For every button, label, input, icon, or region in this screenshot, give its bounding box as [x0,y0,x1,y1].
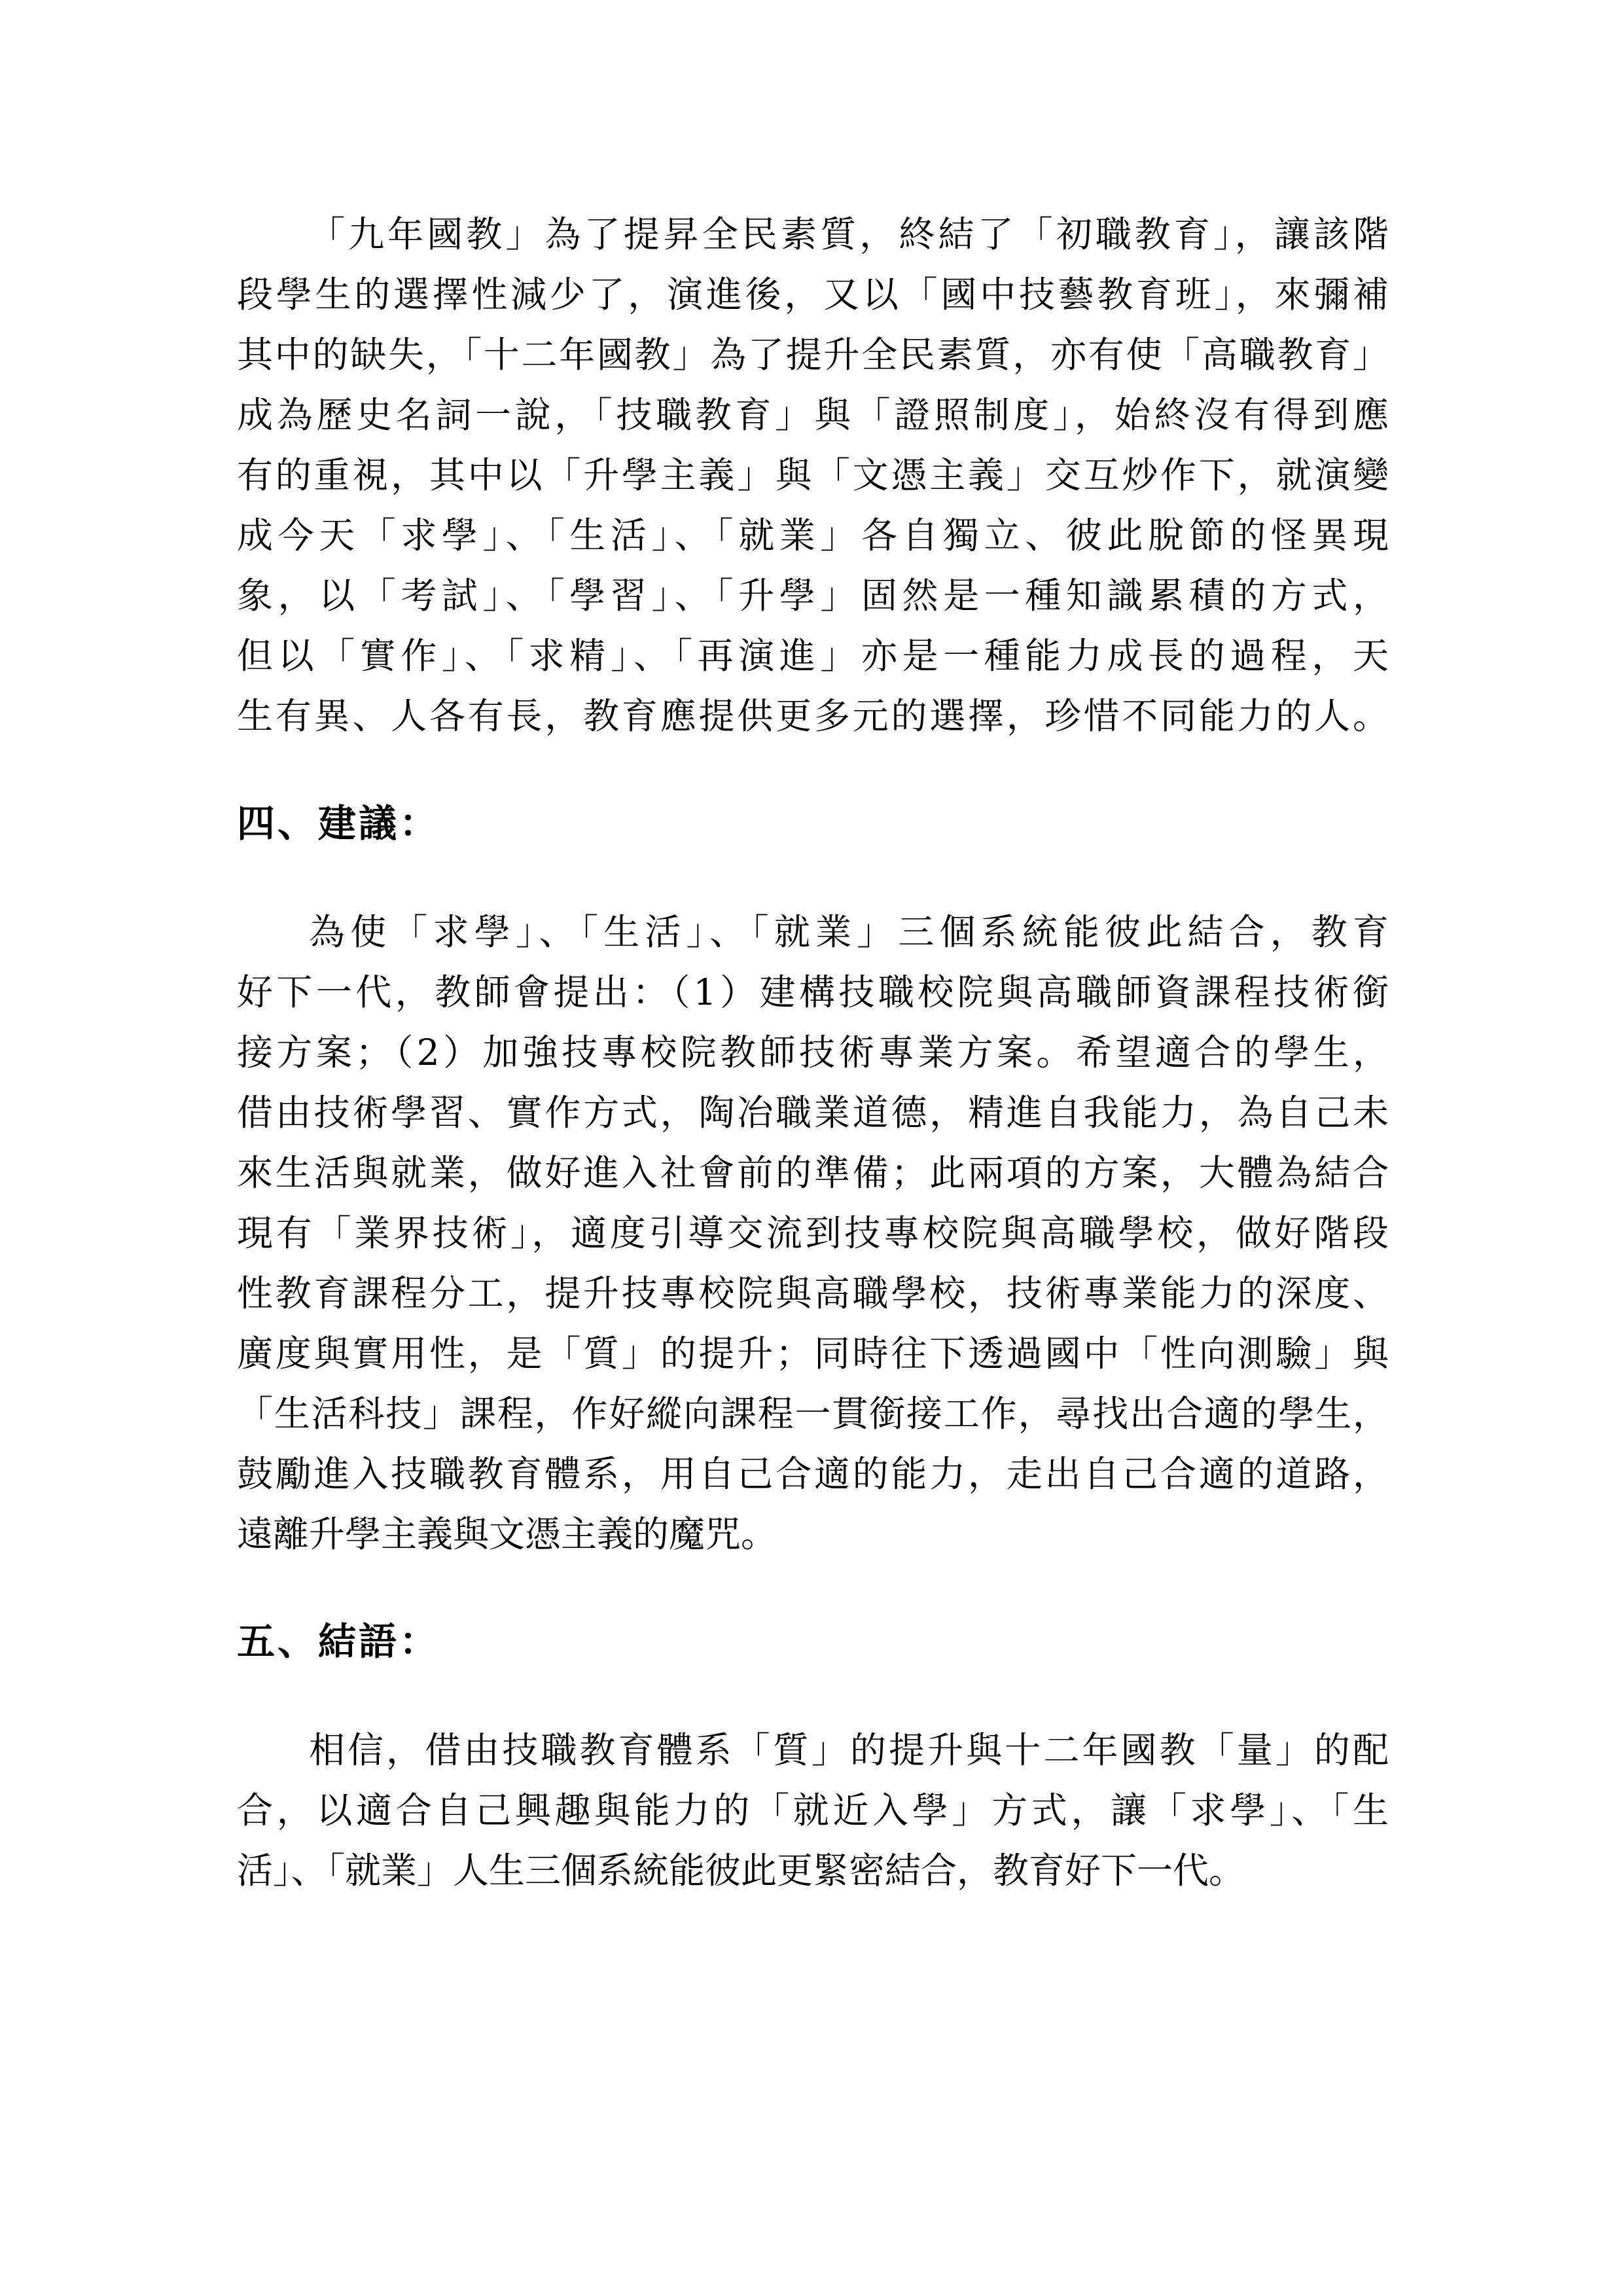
section-heading-conclusion: 五、結語： [237,1611,1389,1672]
document-body: 「九年國教」為了提昇全民素質，終結了「初職教育」，讓該階 段學生的選擇性減少了，… [237,0,1389,1901]
text-line: 廣度與實用性，是「質」的提升；同時往下透過國中「性向測驗」與 [237,1323,1389,1384]
text-line: 成為歷史名詞一說，「技職教育」與「證照制度」，始終沒有得到應 [237,385,1389,445]
text-line: 成今天「求學」、「生活」、「就業」各自獨立、彼此脫節的怪異現 [237,505,1389,565]
document-page: 「九年國教」為了提昇全民素質，終結了「初職教育」，讓該階 段學生的選擇性減少了，… [0,0,1623,2296]
text-line: 象，以「考試」、「學習」、「升學」固然是一種知識累積的方式， [237,565,1389,626]
paragraph-nine-year-education: 「九年國教」為了提昇全民素質，終結了「初職教育」，讓該階 段學生的選擇性減少了，… [237,204,1389,746]
text-line: 相信，借由技職教育體系「質」的提升與十二年國教「量」的配 [237,1720,1389,1780]
text-line: 活」、「就業」人生三個系統能彼此更緊密結合，教育好下一代。 [237,1840,1389,1901]
text-line: 其中的缺失，「十二年國教」為了提升全民素質，亦有使「高職教育」 [237,325,1389,385]
text-line: 現有「業界技術」，適度引導交流到技專校院與高職學校，做好階段 [237,1203,1389,1263]
paragraph-conclusion-body: 相信，借由技職教育體系「質」的提升與十二年國教「量」的配 合，以適合自己興趣與能… [237,1720,1389,1901]
text-line: 有的重視，其中以「升學主義」與「文憑主義」交互炒作下，就演變 [237,445,1389,505]
text-line: 但以「實作」、「求精」、「再演進」亦是一種能力成長的過程，天 [237,626,1389,686]
text-line: 性教育課程分工，提升技專校院與高職學校，技術專業能力的深度、 [237,1263,1389,1323]
text-line: 來生活與就業，做好進入社會前的準備；此兩項的方案，大體為結合 [237,1143,1389,1203]
text-line: 「生活科技」課程，作好縱向課程一貫銜接工作，尋找出合適的學生， [237,1384,1389,1444]
text-line: 合，以適合自己興趣與能力的「就近入學」方式，讓「求學」、「生 [237,1780,1389,1840]
text-line: 「九年國教」為了提昇全民素質，終結了「初職教育」，讓該階 [237,204,1389,264]
text-line: 借由技術學習、實作方式，陶冶職業道德，精進自我能力，為自己未 [237,1083,1389,1143]
text-line: 接方案；（2）加強技專校院教師技術專業方案。希望適合的學生， [237,1022,1389,1083]
text-line: 好下一代，教師會提出：（1）建構技職校院與高職師資課程技術銜 [237,962,1389,1022]
section-heading-suggestions: 四、建議： [237,793,1389,853]
paragraph-suggestions-body: 為使「求學」、「生活」、「就業」三個系統能彼此結合，教育 好下一代，教師會提出：… [237,902,1389,1564]
text-line: 為使「求學」、「生活」、「就業」三個系統能彼此結合，教育 [237,902,1389,962]
text-line: 生有異、人各有長，教育應提供更多元的選擇，珍惜不同能力的人。 [237,686,1389,746]
text-line: 鼓勵進入技職教育體系，用自己合適的能力，走出自己合適的道路， [237,1444,1389,1504]
text-line: 遠離升學主義與文憑主義的魔咒。 [237,1504,1389,1564]
text-line: 段學生的選擇性減少了，演進後，又以「國中技藝教育班」，來彌補 [237,264,1389,325]
